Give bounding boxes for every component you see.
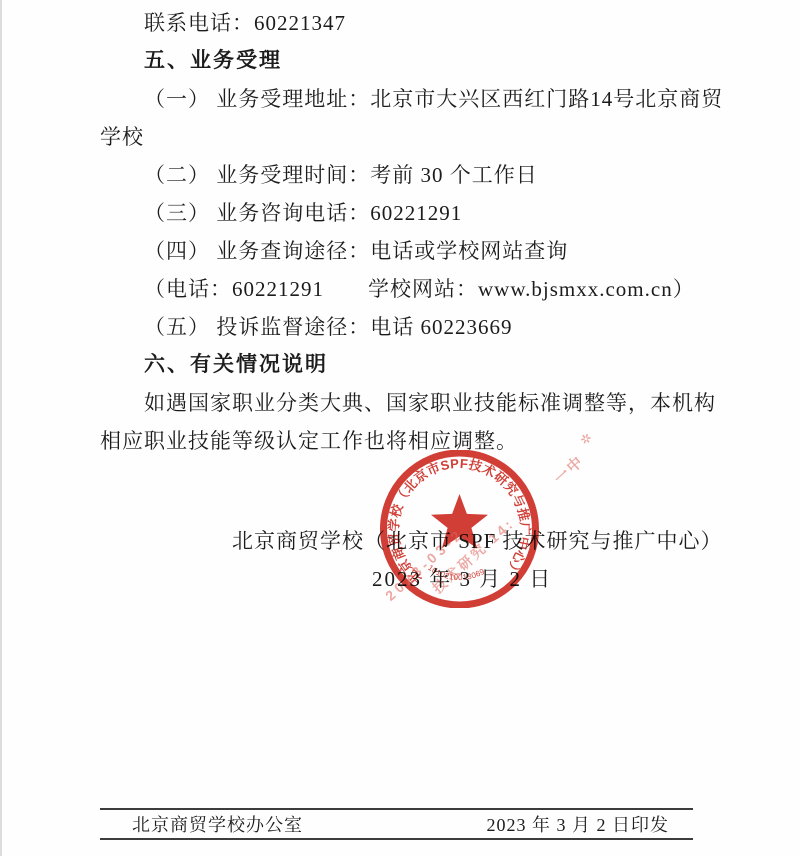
item-1-address-wrap: 学校 <box>100 118 720 156</box>
signature-date: 2023 年 3 月 2 日 <box>100 560 720 598</box>
document-footer: 北京商贸学校办公室 2023 年 3 月 2 日印发 <box>100 808 693 840</box>
signature-org-name: 北京商贸学校（北京市 SPF 技术研究与推广中心） <box>100 522 720 560</box>
footer-print-date: 2023 年 3 月 2 日印发 <box>487 811 670 837</box>
item-3-phone-line: （三） 业务咨询电话：60221291 <box>100 194 720 232</box>
note-line-2: 相应职业技能等级认定工作也将相应调整。 <box>100 422 720 460</box>
item-5-complaint-line: （五） 投诉监督途径：电话 60223669 <box>100 308 720 346</box>
contact-phone-line: 联系电话：60221347 <box>100 4 720 42</box>
scan-edge-artifact <box>0 0 2 856</box>
document-body: 联系电话：60221347 五、业务受理 （一） 业务受理地址：北京市大兴区西红… <box>100 4 720 598</box>
phone-website-line: （电话：60221291 学校网站：www.bjsmxx.com.cn） <box>100 270 720 308</box>
section-5-heading: 五、业务受理 <box>100 42 720 80</box>
section-6-heading: 六、有关情况说明 <box>100 346 720 384</box>
signature-block: 北京商贸学校（北京市 SPF 技术研究与推广中心） 2023 年 3 月 2 日 <box>100 522 720 598</box>
footer-issuing-office: 北京商贸学校办公室 <box>132 811 303 837</box>
item-4-query-line: （四） 业务查询途径：电话或学校网站查询 <box>100 232 720 270</box>
scanned-document-page: 联系电话：60221347 五、业务受理 （一） 业务受理地址：北京市大兴区西红… <box>0 0 800 856</box>
item-1-address-line: （一） 业务受理地址：北京市大兴区西红门路14号北京商贸 <box>100 80 720 118</box>
note-line-1: 如遇国家职业分类大典、国家职业技能标准调整等，本机构 <box>100 384 720 422</box>
item-2-time-line: （二） 业务受理时间：考前 30 个工作日 <box>100 156 720 194</box>
